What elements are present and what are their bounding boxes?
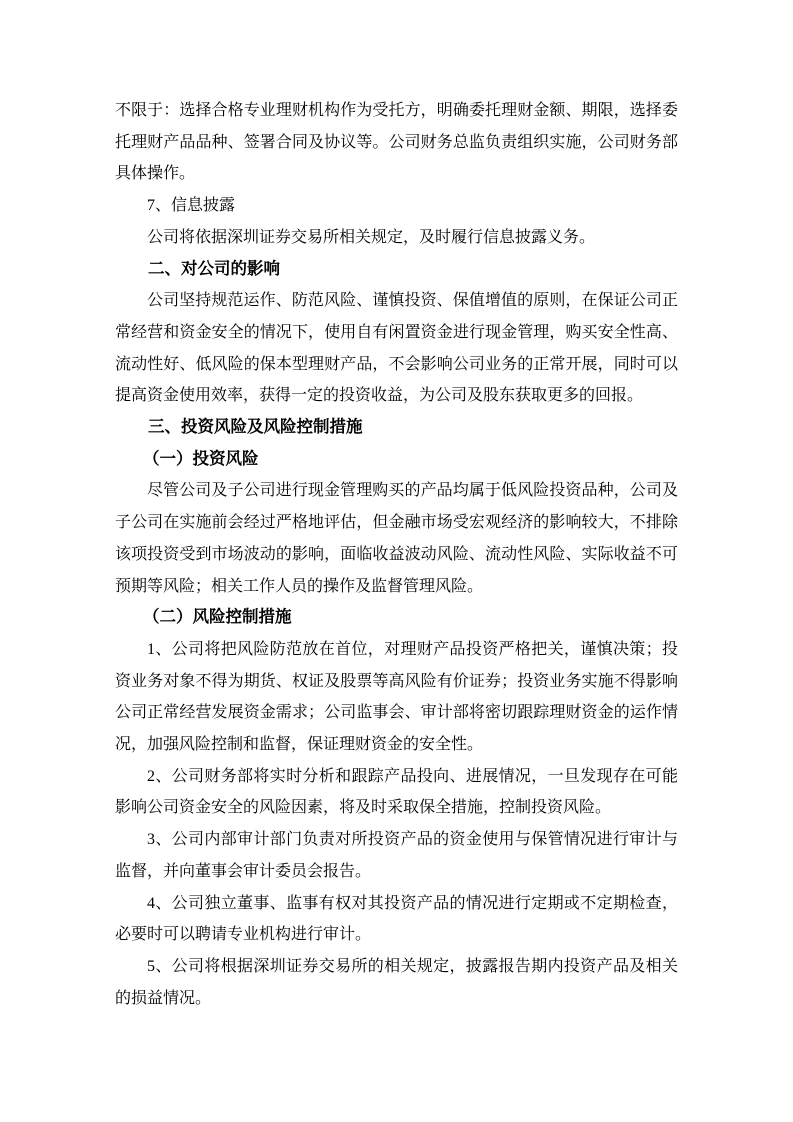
para-investment-risk-body: 尽管公司及子公司进行现金管理购买的产品均属于低风险投资品种，公司及子公司在实施前…: [115, 475, 678, 602]
para-measure-1: 1、公司将把风险防范放在首位，对理财产品投资严格把关，谨慎决策；投资业务对象不得…: [115, 634, 678, 761]
heading-investment-risk-and-controls: 三、投资风险及风险控制措施: [115, 412, 678, 444]
para-info-disclosure-item: 7、信息披露: [115, 190, 678, 222]
document-page: 不限于：选择合格专业理财机构作为受托方，明确委托理财金额、期限，选择委托理财产品…: [0, 0, 793, 1122]
para-impact-body: 公司坚持规范运作、防范风险、谨慎投资、保值增值的原则，在保证公司正常经营和资金安…: [115, 285, 678, 412]
para-measure-5: 5、公司将根据深圳证券交易所的相关规定，披露报告期内投资产品及相关的损益情况。: [115, 951, 678, 1014]
heading-risk-control-measures: （二）风险控制措施: [115, 602, 678, 634]
para-measure-4: 4、公司独立董事、监事有权对其投资产品的情况进行定期或不定期检查，必要时可以聘请…: [115, 888, 678, 951]
heading-impact-on-company: 二、对公司的影响: [115, 254, 678, 286]
para-info-disclosure-body: 公司将依据深圳证券交易所相关规定，及时履行信息披露义务。: [115, 222, 678, 254]
para-trust-scope-continuation: 不限于：选择合格专业理财机构作为受托方，明确委托理财金额、期限，选择委托理财产品…: [115, 95, 678, 190]
para-measure-2: 2、公司财务部将实时分析和跟踪产品投向、进展情况，一旦发现存在可能影响公司资金安…: [115, 761, 678, 824]
document-text-block: 不限于：选择合格专业理财机构作为受托方，明确委托理财金额、期限，选择委托理财产品…: [115, 95, 678, 1014]
para-measure-3: 3、公司内部审计部门负责对所投资产品的资金使用与保管情况进行审计与监督，并向董事…: [115, 824, 678, 887]
heading-investment-risk: （一）投资风险: [115, 444, 678, 476]
